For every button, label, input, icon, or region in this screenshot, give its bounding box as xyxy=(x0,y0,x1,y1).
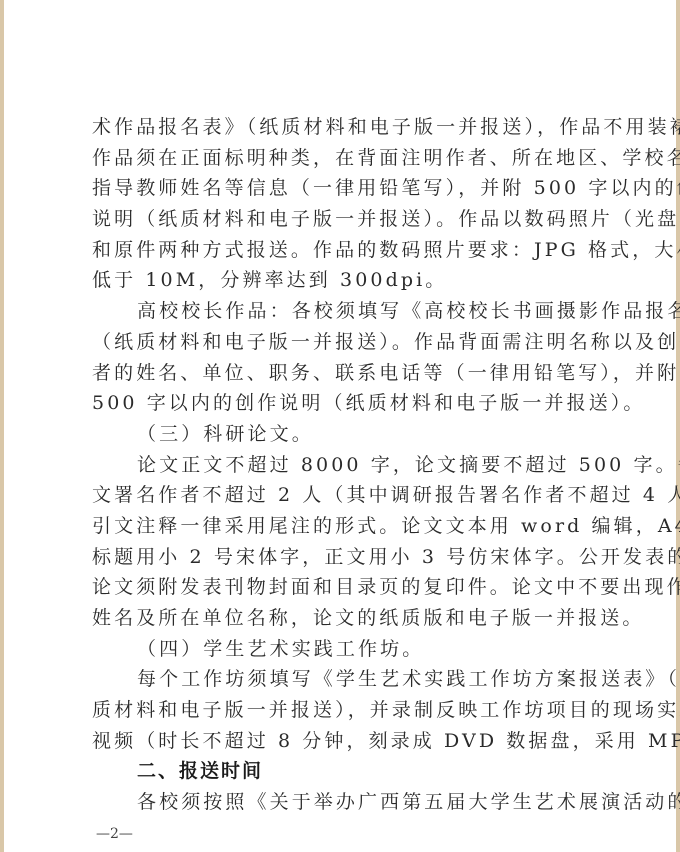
subheading-research-papers: （三）科研论文。 xyxy=(92,419,604,450)
text-line: 视频（时长不超过 8 分钟，刻录成 DVD 数据盘，采用 MPG2 格式）。 xyxy=(92,726,604,757)
text-line: 说明（纸质材料和电子版一并报送）。作品以数码照片（光盘） xyxy=(92,204,604,235)
text-line: 者的姓名、单位、职务、联系电话等（一律用铅笔写），并附 xyxy=(92,358,604,389)
subheading-workshop: （四）学生艺术实践工作坊。 xyxy=(92,634,604,665)
paragraph-principal-works: 高校校长作品：各校须填写《高校校长书画摄影作品报名表》 xyxy=(92,296,604,327)
paragraph-workshop: 每个工作坊须填写《学生艺术实践工作坊方案报送表》（纸 xyxy=(92,664,604,695)
text-line: （纸质材料和电子版一并报送）。作品背面需注明名称以及创作 xyxy=(92,327,604,358)
page-number: —2— xyxy=(96,826,133,842)
text-line: 指导教师姓名等信息（一律用铅笔写），并附 500 字以内的创作 xyxy=(92,173,604,204)
text-line: 姓名及所在单位名称，论文的纸质版和电子版一并报送。 xyxy=(92,603,604,634)
text-line: 和原件两种方式报送。作品的数码照片要求：JPG 格式，大小不 xyxy=(92,235,604,266)
text-line: 引文注释一律采用尾注的形式。论文文本用 word 编辑，A4 纸型， xyxy=(92,511,604,542)
document-body: 术作品报名表》（纸质材料和电子版一并报送），作品不用装裱。 作品须在正面标明种类… xyxy=(92,112,604,818)
paragraph-papers: 论文正文不超过 8000 字，论文摘要不超过 500 字。每篇论 xyxy=(92,450,604,481)
text-line: 标题用小 2 号宋体字，正文用小 3 号仿宋体字。公开发表的乙类 xyxy=(92,542,604,573)
text-line: 术作品报名表》（纸质材料和电子版一并报送），作品不用装裱。 xyxy=(92,112,604,143)
text-line: 文署名作者不超过 2 人（其中调研报告署名作者不超过 4 人）。 xyxy=(92,480,604,511)
text-line: 论文须附发表刊物封面和目录页的复印件。论文中不要出现作者 xyxy=(92,572,604,603)
section-heading-submission-time: 二、报送时间 xyxy=(92,756,604,787)
text-line: 各校须按照《关于举办广西第五届大学生艺术展演活动的通 xyxy=(92,787,604,818)
document-page: 术作品报名表》（纸质材料和电子版一并报送），作品不用装裱。 作品须在正面标明种类… xyxy=(0,0,680,852)
text-line: 作品须在正面标明种类，在背面注明作者、所在地区、学校名称、 xyxy=(92,143,604,174)
text-line: 500 字以内的创作说明（纸质材料和电子版一并报送）。 xyxy=(92,388,604,419)
text-line: 质材料和电子版一并报送），并录制反映工作坊项目的现场实践 xyxy=(92,695,604,726)
text-line: 低于 10M，分辨率达到 300dpi。 xyxy=(92,265,604,296)
